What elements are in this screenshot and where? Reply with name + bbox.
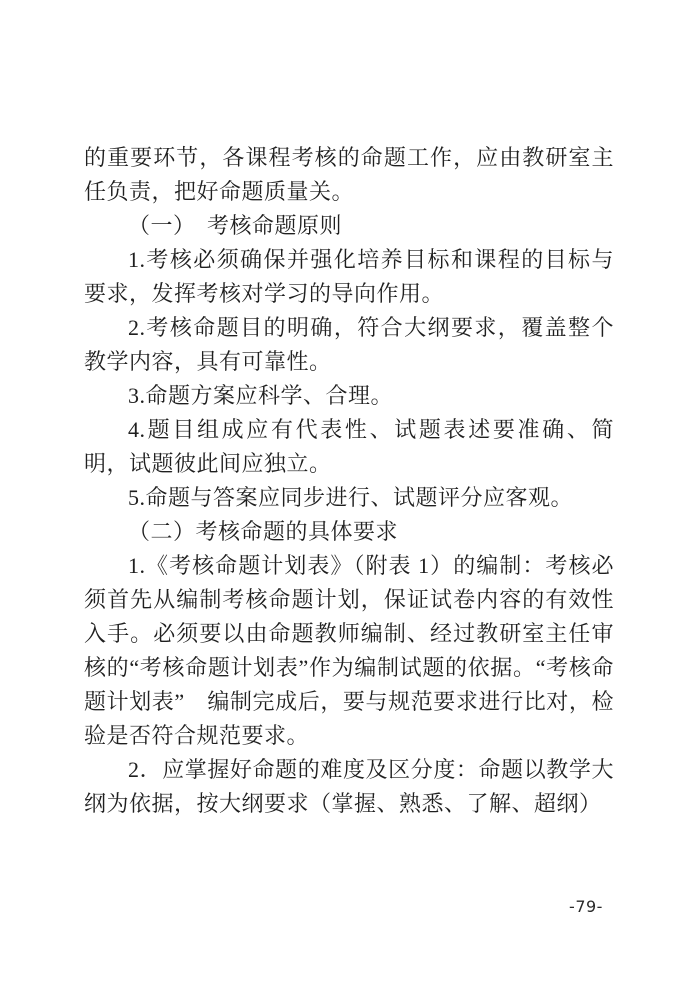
paragraph: 1.考核必须确保并强化培养目标和课程的目标与要求，发挥考核对学习的导向作用。	[84, 243, 614, 311]
paragraph: 2．应掌握好命题的难度及区分度：命题以教学大纲为依据，按大纲要求（掌握、熟悉、了…	[84, 753, 614, 821]
paragraph: 4.题目组成应有代表性、试题表述要准确、简明，试题彼此间应独立。	[84, 413, 614, 481]
document-page: 的重要环节，各课程考核的命题工作，应由教研室主任负责，把好命题质量关。 （一） …	[0, 0, 695, 982]
paragraph: 3.命题方案应科学、合理。	[84, 379, 614, 413]
paragraph: 2.考核命题目的明确，符合大纲要求，覆盖整个教学内容，具有可靠性。	[84, 311, 614, 379]
paragraph: 的重要环节，各课程考核的命题工作，应由教研室主任负责，把好命题质量关。	[84, 141, 614, 209]
section-heading: （二）考核命题的具体要求	[84, 515, 614, 549]
document-body: 的重要环节，各课程考核的命题工作，应由教研室主任负责，把好命题质量关。 （一） …	[84, 141, 614, 821]
page-number: -79-	[546, 897, 626, 916]
paragraph: 5.命题与答案应同步进行、试题评分应客观。	[84, 481, 614, 515]
paragraph: 1.《考核命题计划表》（附表 1）的编制：考核必须首先从编制考核命题计划，保证试…	[84, 549, 614, 753]
section-heading: （一） 考核命题原则	[84, 209, 614, 243]
